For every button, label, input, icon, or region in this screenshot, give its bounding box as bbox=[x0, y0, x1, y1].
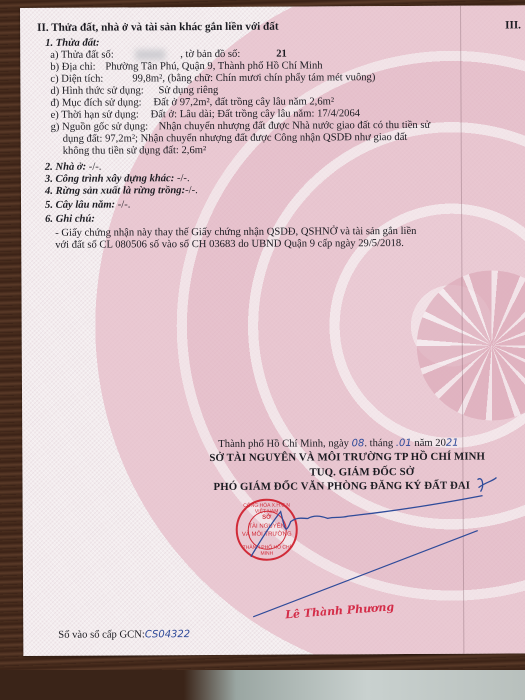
floor-background bbox=[0, 670, 525, 700]
registry-value: CS04322 bbox=[145, 629, 190, 640]
certificate-content: II. Thửa đất, nhà ở và tài sản khác gắn … bbox=[20, 5, 525, 656]
handwritten-signature bbox=[20, 5, 525, 656]
land-certificate-page: II. Thửa đất, nhà ở và tài sản khác gắn … bbox=[20, 5, 525, 656]
registry-row: Số vào sổ cấp GCN:CS04322 bbox=[58, 629, 190, 642]
registry-label: Số vào sổ cấp GCN: bbox=[58, 629, 145, 640]
